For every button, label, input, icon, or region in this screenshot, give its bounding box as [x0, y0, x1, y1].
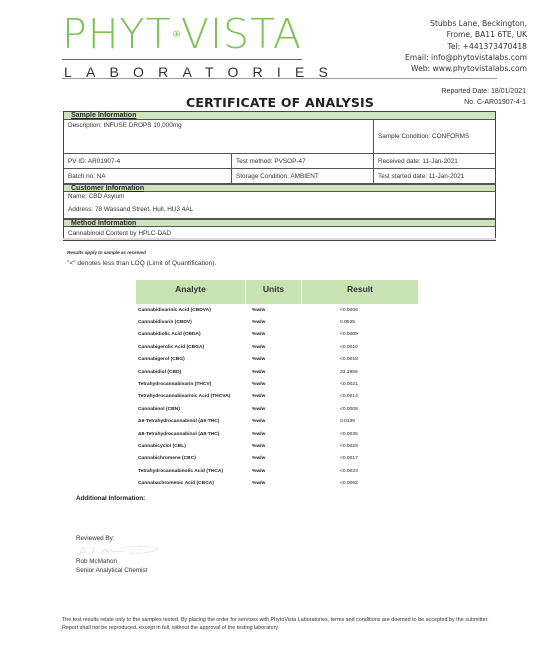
analyte-cell: Cannabicyclol (CBL) — [136, 444, 248, 449]
report-meta: Reported Date: 18/01/2021 No. C-AR01907-… — [442, 86, 526, 108]
analyte-cell: Cannabidivarin (CBDV) — [136, 320, 248, 325]
analyte-cell: Tetrahydrocannabinolic Acid (THCA) — [136, 469, 248, 474]
table-row: Cannabidivarin (CBDV)%w/w0.0535 — [136, 316, 418, 328]
batch-no: Batch no: NA — [64, 169, 232, 183]
customer-row: Name: CBD Asylum Address: 78 Wassand Str… — [64, 192, 495, 219]
logo-divider — [62, 59, 302, 60]
received-date: Received date: 11-Jan-2021 — [374, 154, 495, 168]
customer-name: Name: CBD Asylum — [68, 193, 124, 200]
units-cell: %w/w — [248, 407, 340, 412]
logo-text-left: PHYT — [62, 12, 172, 56]
units-cell: %w/w — [248, 332, 340, 337]
web-line: Web: www.phytovistalabs.com — [405, 63, 527, 74]
sample-info-table: Sample Information Description: INFUSE D… — [63, 111, 496, 241]
reviewer-name: Rob McMahon — [76, 557, 147, 566]
analyte-cell: Cannabinol (CBN) — [136, 407, 248, 412]
results-body: Cannabidivarinic Acid (CBDVA)%w/w<0.0006… — [136, 304, 418, 490]
units-cell: %w/w — [248, 308, 340, 313]
units-cell: %w/w — [248, 382, 340, 387]
description: Description: INFUSE DROPS 10,000mg — [64, 120, 374, 153]
result-cell: 0.0139 — [340, 419, 418, 424]
header-units: Units — [246, 280, 302, 304]
analyte-cell: Tetrahydrocannabivarin (THCV) — [136, 382, 248, 387]
table-row: Cannabinol (CBN)%w/w<0.0008 — [136, 403, 418, 415]
units-cell: %w/w — [248, 394, 340, 399]
loq-note: "<" denotes less than LOQ (Limit of Quan… — [67, 260, 216, 267]
results-header: Analyte Units Result — [136, 280, 418, 304]
result-cell: <0.0018 — [340, 357, 418, 362]
analyte-cell: Cannabigerolic Acid (CBGA) — [136, 345, 248, 350]
table-shadow — [63, 238, 496, 240]
header-rule — [62, 78, 497, 79]
footer-disclaimer: The test results relate only to the samp… — [62, 617, 502, 632]
result-cell: <0.0017 — [340, 456, 418, 461]
description-row: Description: INFUSE DROPS 10,000mg Sampl… — [64, 120, 495, 154]
reported-date: Reported Date: 18/01/2021 — [442, 86, 526, 97]
units-cell: %w/w — [248, 469, 340, 474]
reviewed-by-label: Reviewed By: — [76, 535, 115, 542]
document-title: CERTIFICATE OF ANALYSIS — [186, 95, 374, 110]
table-row: Cannabidivarinic Acid (CBDVA)%w/w<0.0006 — [136, 304, 418, 316]
table-row: Cannabicyclol (CBL)%w/w<0.0029 — [136, 440, 418, 452]
table-row: Cannabigerolic Acid (CBGA)%w/w<0.0010 — [136, 341, 418, 353]
analyte-cell: Cannabigerol (CBG) — [136, 357, 248, 362]
units-cell: %w/w — [248, 444, 340, 449]
units-cell: %w/w — [248, 370, 340, 375]
pv-id: PV ID: AR01907-4 — [64, 154, 232, 168]
test-started-date: Test started date: 11-Jan-2021 — [374, 169, 495, 183]
units-cell: %w/w — [248, 419, 340, 424]
customer-information-heading: Customer Information — [64, 184, 495, 192]
header-result: Result — [302, 280, 418, 304]
result-cell: 0.0535 — [340, 320, 418, 325]
analyte-cell: Cannabidiolic Acid (CBDA) — [136, 332, 248, 337]
analyte-cell: Cannabidiol (CBD) — [136, 370, 248, 375]
sample-information-heading: Sample Information — [64, 112, 495, 120]
table-row: Cannabidiolic Acid (CBDA)%w/w<0.0009 — [136, 329, 418, 341]
table-row: Cannabachromenic Acid (CBCA)%w/w<0.0062 — [136, 477, 418, 489]
test-method: Test method: PVSOP-47 — [232, 154, 374, 168]
result-cell: <0.0008 — [340, 407, 418, 412]
table-row: Cannabichromene (CBC)%w/w<0.0017 — [136, 453, 418, 465]
logo-wordmark: PHYT VISTA — [62, 12, 302, 56]
customer-details: Name: CBD Asylum Address: 78 Wassand Str… — [64, 192, 495, 218]
results-apply-note: Results apply to sample as received — [67, 250, 146, 255]
table-row: Cannabidiol (CBD)%w/w33.3956 — [136, 366, 418, 378]
company-logo: PHYT VISTA LABORATORIES — [62, 12, 302, 56]
result-cell: <0.0014 — [340, 394, 418, 399]
phone-line: Tel: +441373470418 — [405, 41, 527, 52]
signature-icon — [78, 543, 163, 557]
reviewer-role: Senior Analytical Chemist — [76, 566, 147, 575]
table-row: Tetrahydrocannabivarin (THCV)%w/w<0.0021 — [136, 378, 418, 390]
result-cell: <0.0023 — [340, 469, 418, 474]
result-cell: <0.0010 — [340, 345, 418, 350]
sample-condition: Sample Condition: CONFORMS — [374, 120, 495, 153]
table-row: Tetrahydrocannabivarinic Acid (THCVA)%w/… — [136, 391, 418, 403]
result-cell: 33.3956 — [340, 370, 418, 375]
logo-text-right: VISTA — [181, 12, 302, 56]
result-cell: <0.0009 — [340, 332, 418, 337]
customer-address: Address: 78 Wassand Street, Hull, HU3 4A… — [68, 206, 193, 213]
table-row: Δ8-Tetrahydrocannabinol (Δ8-THC)%w/w<0.0… — [136, 428, 418, 440]
address-line: Stubbs Lane, Beckington, — [405, 18, 527, 29]
batch-row: Batch no: NA Storage Condition: AMBIENT … — [64, 169, 495, 184]
table-row: Tetrahydrocannabinolic Acid (THCA)%w/w<0… — [136, 465, 418, 477]
analyte-cell: Cannabichromene (CBC) — [136, 456, 248, 461]
result-cell: <0.0006 — [340, 308, 418, 313]
result-cell: <0.0035 — [340, 432, 418, 437]
analyte-cell: Δ9-Tetrahydrocannabinol (Δ9-THC) — [136, 419, 248, 424]
storage-condition: Storage Condition: AMBIENT — [232, 169, 374, 183]
units-cell: %w/w — [248, 357, 340, 362]
leaf-circle-icon — [173, 18, 180, 50]
table-row: Cannabigerol (CBG)%w/w<0.0018 — [136, 354, 418, 366]
table-row: Δ9-Tetrahydrocannabinol (Δ9-THC)%w/w0.01… — [136, 416, 418, 428]
units-cell: %w/w — [248, 481, 340, 486]
result-cell: <0.0029 — [340, 444, 418, 449]
header-analyte: Analyte — [136, 280, 246, 304]
address-line: Frome, BA11 6TE, UK — [405, 29, 527, 40]
analyte-cell: Cannabidivarinic Acid (CBDVA) — [136, 308, 248, 313]
additional-information: Additional Information: — [76, 495, 145, 502]
units-cell: %w/w — [248, 456, 340, 461]
results-table: Analyte Units Result Cannabidivarinic Ac… — [136, 280, 418, 490]
analyte-cell: Tetrahydrocannabivarinic Acid (THCVA) — [136, 394, 248, 399]
units-cell: %w/w — [248, 432, 340, 437]
report-number: No. C-AR01907-4-1 — [442, 97, 526, 108]
units-cell: %w/w — [248, 345, 340, 350]
company-address: Stubbs Lane, Beckington, Frome, BA11 6TE… — [405, 18, 527, 74]
result-cell: <0.0021 — [340, 382, 418, 387]
analyte-cell: Δ8-Tetrahydrocannabinol (Δ8-THC) — [136, 432, 248, 437]
analyte-cell: Cannabachromenic Acid (CBCA) — [136, 481, 248, 486]
method-information-heading: Method Information — [64, 219, 495, 227]
pv-id-row: PV ID: AR01907-4 Test method: PVSOP-47 R… — [64, 154, 495, 169]
units-cell: %w/w — [248, 320, 340, 325]
result-cell: <0.0062 — [340, 481, 418, 486]
reviewer: Rob McMahon Senior Analytical Chemist — [76, 557, 147, 575]
email-line: Email: info@phytovistalabs.com — [405, 52, 527, 63]
